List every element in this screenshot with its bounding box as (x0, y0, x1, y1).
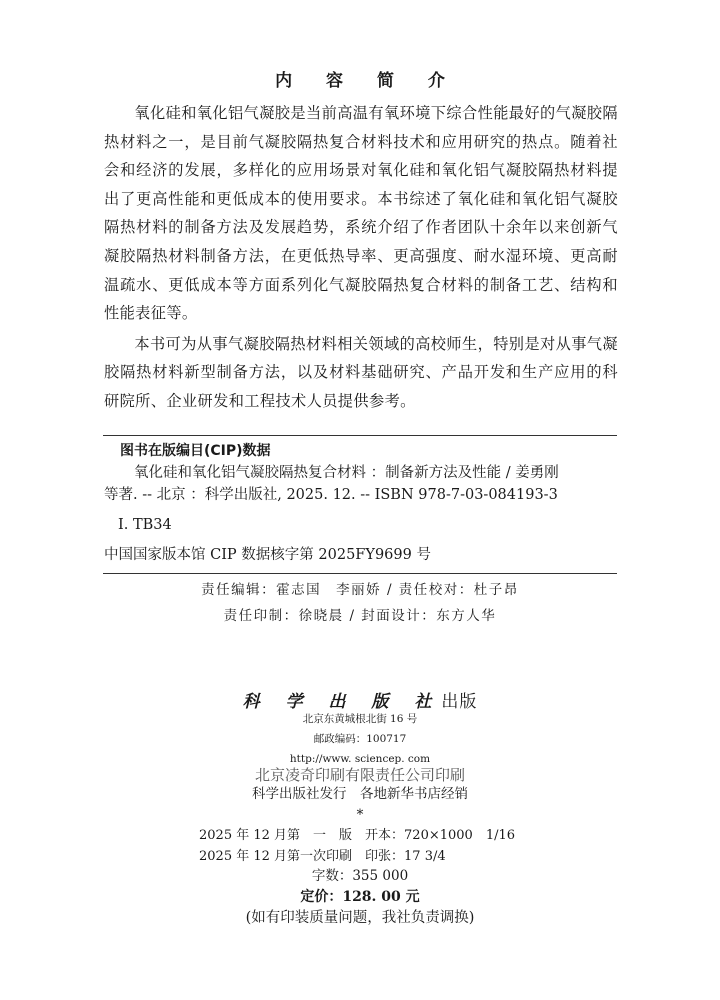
word-count: 字数：355 000 (0, 866, 720, 887)
cip-entry-line-2: 等著. -- 北京 ：科学出版社, 2025. 12. -- ISBN 978-… (104, 484, 618, 506)
staff-line-production: 责任印制：徐晓晨 / 封面设计：东方人华 (0, 603, 720, 629)
quality-notice: (如有印装质量问题，我社负责调换) (0, 908, 720, 929)
intro-paragraph-2: 本书可为从事气凝胶隔热材料相关领域的高校师生，特别是对从事气凝胶隔热材料新型制备… (104, 330, 618, 416)
intro-section: 氧化硅和氧化铝气凝胶是当前高温有氧环境下综合性能最好的气凝胶隔热材料之一，是目前… (104, 99, 618, 416)
printing-line: 2025 年 12 月第一次印刷 印张：17 3/4 (199, 846, 446, 867)
cip-top-divider (103, 435, 617, 436)
cip-classification: Ⅰ. TB34 (104, 514, 618, 536)
printer-name: 北京凌奇印刷有限责任公司印刷 (0, 764, 720, 785)
intro-paragraph-1: 氧化硅和氧化铝气凝胶是当前高温有氧环境下综合性能最好的气凝胶隔热材料之一，是目前… (104, 99, 618, 328)
edition-line: 2025 年 12 月第 一 版 开本：720×1000 1/16 (199, 825, 515, 846)
cip-entry-line-1: 氧化硅和氧化铝气凝胶隔热复合材料 ：制备新方法及性能 / 姜勇刚 (104, 462, 618, 484)
distribution-info: 科学出版社发行 各地新华书店经销 (0, 784, 720, 805)
staff-line-editors: 责任编辑：霍志国 李丽娇 / 责任校对：杜子昂 (0, 577, 720, 603)
cip-heading: 图书在版编目(CIP)数据 (104, 440, 618, 462)
publisher-postcode: 邮政编码：100717 (0, 729, 720, 749)
separator-asterisk: * (0, 805, 720, 826)
cip-bottom-divider (103, 573, 617, 574)
cip-block: 图书在版编目(CIP)数据 氧化硅和氧化铝气凝胶隔热复合材料 ：制备新方法及性能… (104, 440, 618, 566)
staff-credits: 责任编辑：霍志国 李丽娇 / 责任校对：杜子昂 责任印制：徐晓晨 / 封面设计：… (0, 577, 720, 629)
cip-verification: 中国国家版本馆 CIP 数据核字第 2025FY9699 号 (104, 544, 618, 566)
page-title: 内 容 简 介 (0, 66, 720, 91)
price: 定价：128. 00 元 (0, 887, 720, 908)
publisher-address: 北京东黄城根北街 16 号 (0, 709, 720, 729)
